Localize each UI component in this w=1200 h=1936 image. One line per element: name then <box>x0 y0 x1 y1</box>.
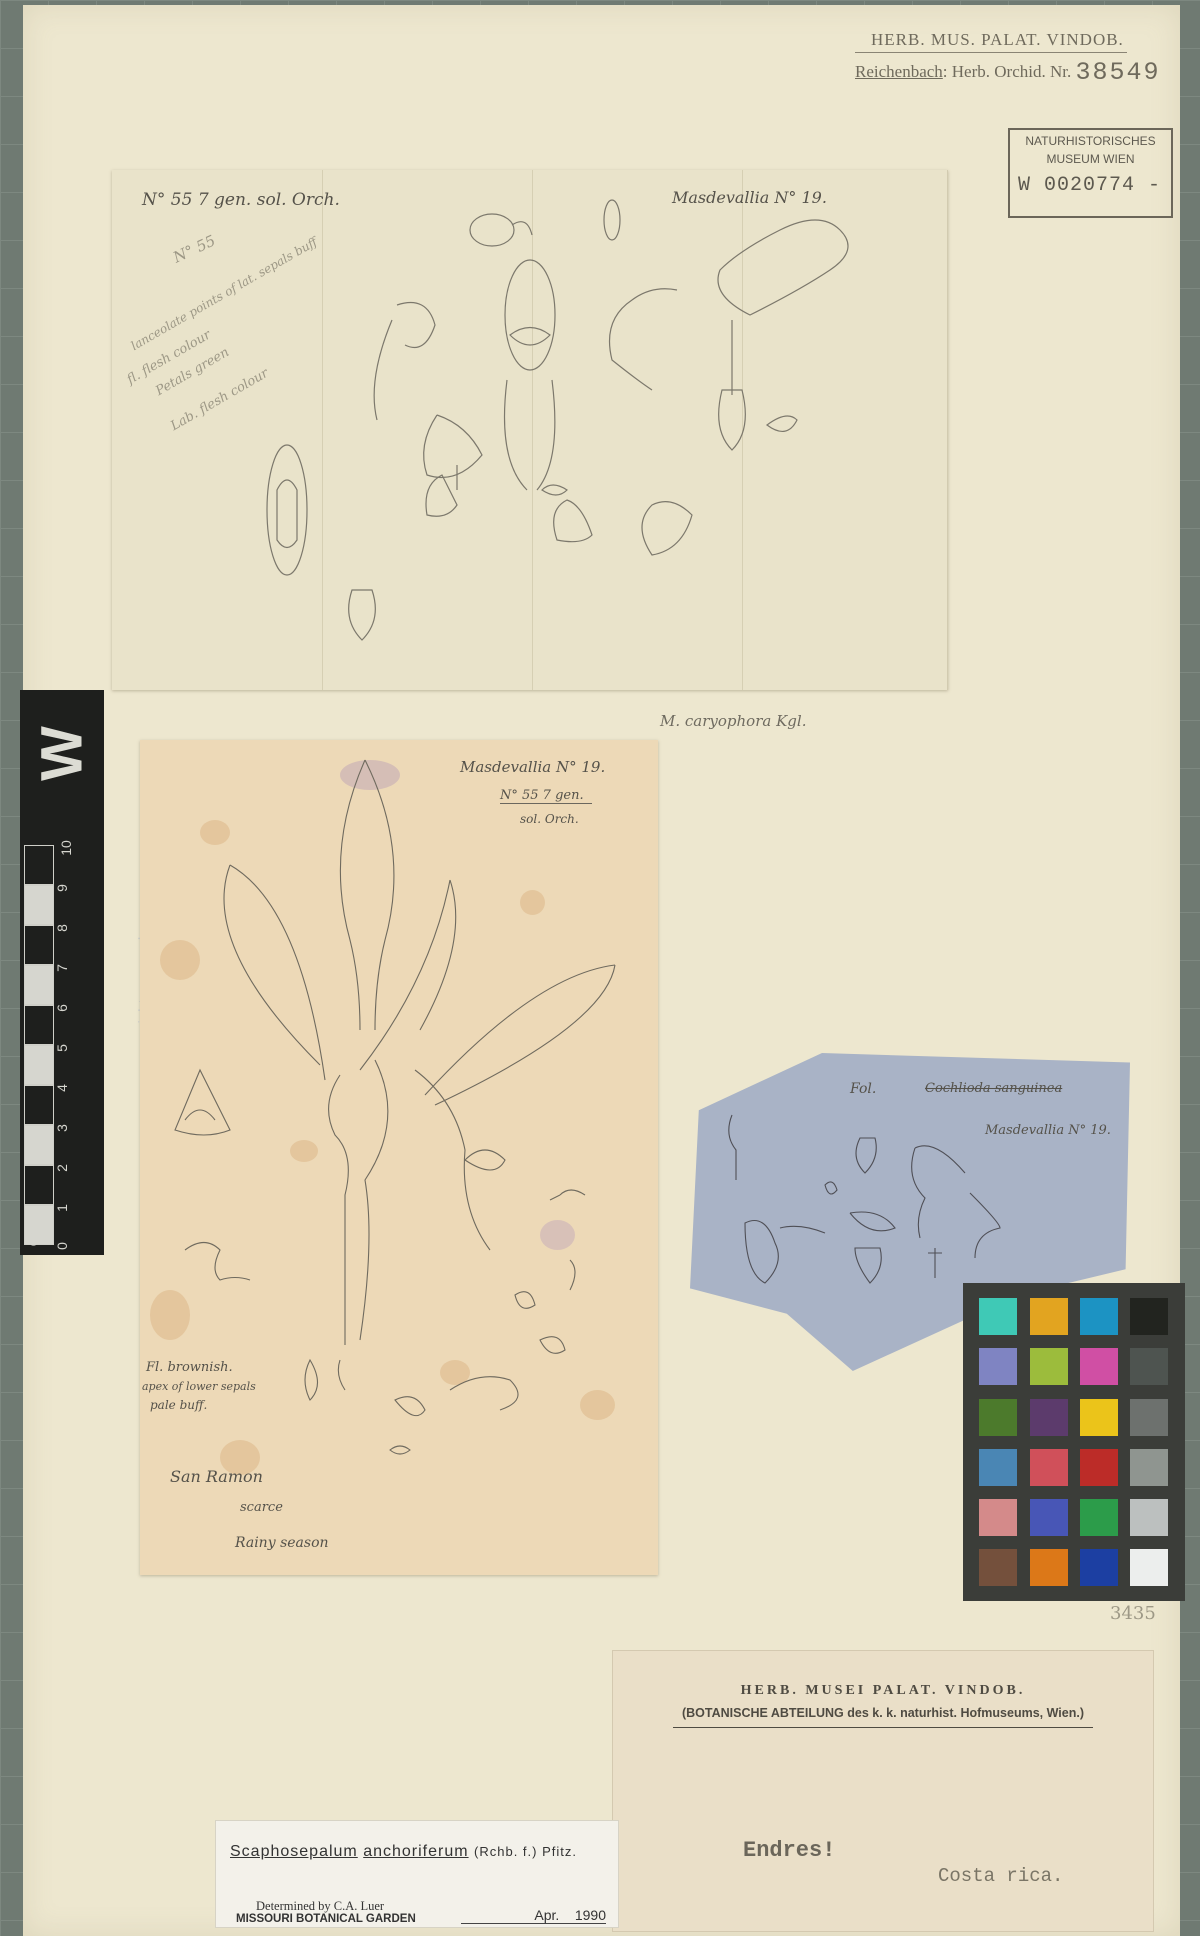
orchid-sketches-top <box>112 170 947 690</box>
color-chip <box>1030 1348 1068 1385</box>
collector-name: Endres! <box>743 1838 835 1863</box>
color-chip <box>979 1399 1017 1436</box>
color-chip <box>979 1549 1017 1586</box>
header-stamp-reference: Reichenbach: Herb. Orchid. Nr. 38549 <box>855 58 1175 87</box>
color-chip <box>1080 1298 1118 1335</box>
institution: MISSOURI BOTANICAL GARDEN <box>236 1913 416 1925</box>
determiner: Determined by C.A. Luer <box>256 1899 384 1914</box>
catalog-id: W 0020774 - <box>1018 174 1171 197</box>
color-checker-card <box>963 1283 1185 1601</box>
color-chip <box>1130 1449 1168 1486</box>
orchid-plant-drawing <box>140 740 658 1575</box>
herbarium-label-subtitle: (BOTANISCHE ABTEILUNG des k. k. naturhis… <box>613 1706 1153 1720</box>
color-chip <box>1030 1298 1068 1335</box>
ruler-segments <box>24 845 54 1245</box>
color-chip <box>1080 1499 1118 1536</box>
color-chip <box>1030 1399 1068 1436</box>
color-chip <box>1130 1499 1168 1536</box>
color-chip <box>1080 1348 1118 1385</box>
herbarium-label-title: HERB. MUSEI PALAT. VINDOB. <box>613 1683 1153 1699</box>
scientific-name: Scaphosepalum anchoriferum (Rchb. f.) Pf… <box>230 1843 577 1861</box>
species-annotation: M. caryophora Kgl. <box>660 712 806 730</box>
cm-scale-bar: W 10 9 8 7 6 5 4 3 2 1 0 cm copyright re… <box>20 690 104 1255</box>
herbarium-label: HERB. MUSEI PALAT. VINDOB. (BOTANISCHE A… <box>612 1650 1154 1932</box>
determination-date: Apr. 1990 <box>461 1907 606 1924</box>
main-drawing-sheet: Masdevallia N° 19. N° 55 7 gen. sol. Orc… <box>140 740 658 1575</box>
museum-logo: W <box>29 712 96 796</box>
color-chip <box>1030 1449 1068 1486</box>
color-chip <box>1130 1348 1168 1385</box>
header-stamp-title: HERB. MUS. PALAT. VINDOB. <box>855 30 1127 53</box>
determination-label: Scaphosepalum anchoriferum (Rchb. f.) Pf… <box>215 1820 619 1928</box>
color-chip <box>979 1449 1017 1486</box>
locality: Costa rica. <box>938 1865 1063 1887</box>
color-chip <box>1080 1399 1118 1436</box>
color-chip <box>979 1499 1017 1536</box>
color-chip <box>979 1298 1017 1335</box>
color-chip <box>1030 1549 1068 1586</box>
museum-stamp: NATURHISTORISCHES MUSEUM WIEN W 0020774 … <box>1008 128 1173 218</box>
herbarium-number: 38549 <box>1075 58 1160 87</box>
color-chip <box>1080 1449 1118 1486</box>
checker-number: 3435 <box>1110 1603 1156 1624</box>
color-chip <box>979 1348 1017 1385</box>
color-chip <box>1030 1499 1068 1536</box>
color-chip <box>1130 1399 1168 1436</box>
top-drawing-sheet: N° 55 7 gen. sol. Orch. Masdevallia N° 1… <box>112 170 948 690</box>
unit-label: cm <box>25 1229 40 1246</box>
color-chip <box>1130 1298 1168 1335</box>
header-stamp: HERB. MUS. PALAT. VINDOB. Reichenbach: H… <box>855 30 1175 87</box>
ruler-labels: 10 9 8 7 6 5 4 3 2 1 0 <box>58 840 78 1250</box>
color-chip <box>1130 1549 1168 1586</box>
color-chip <box>1080 1549 1118 1586</box>
